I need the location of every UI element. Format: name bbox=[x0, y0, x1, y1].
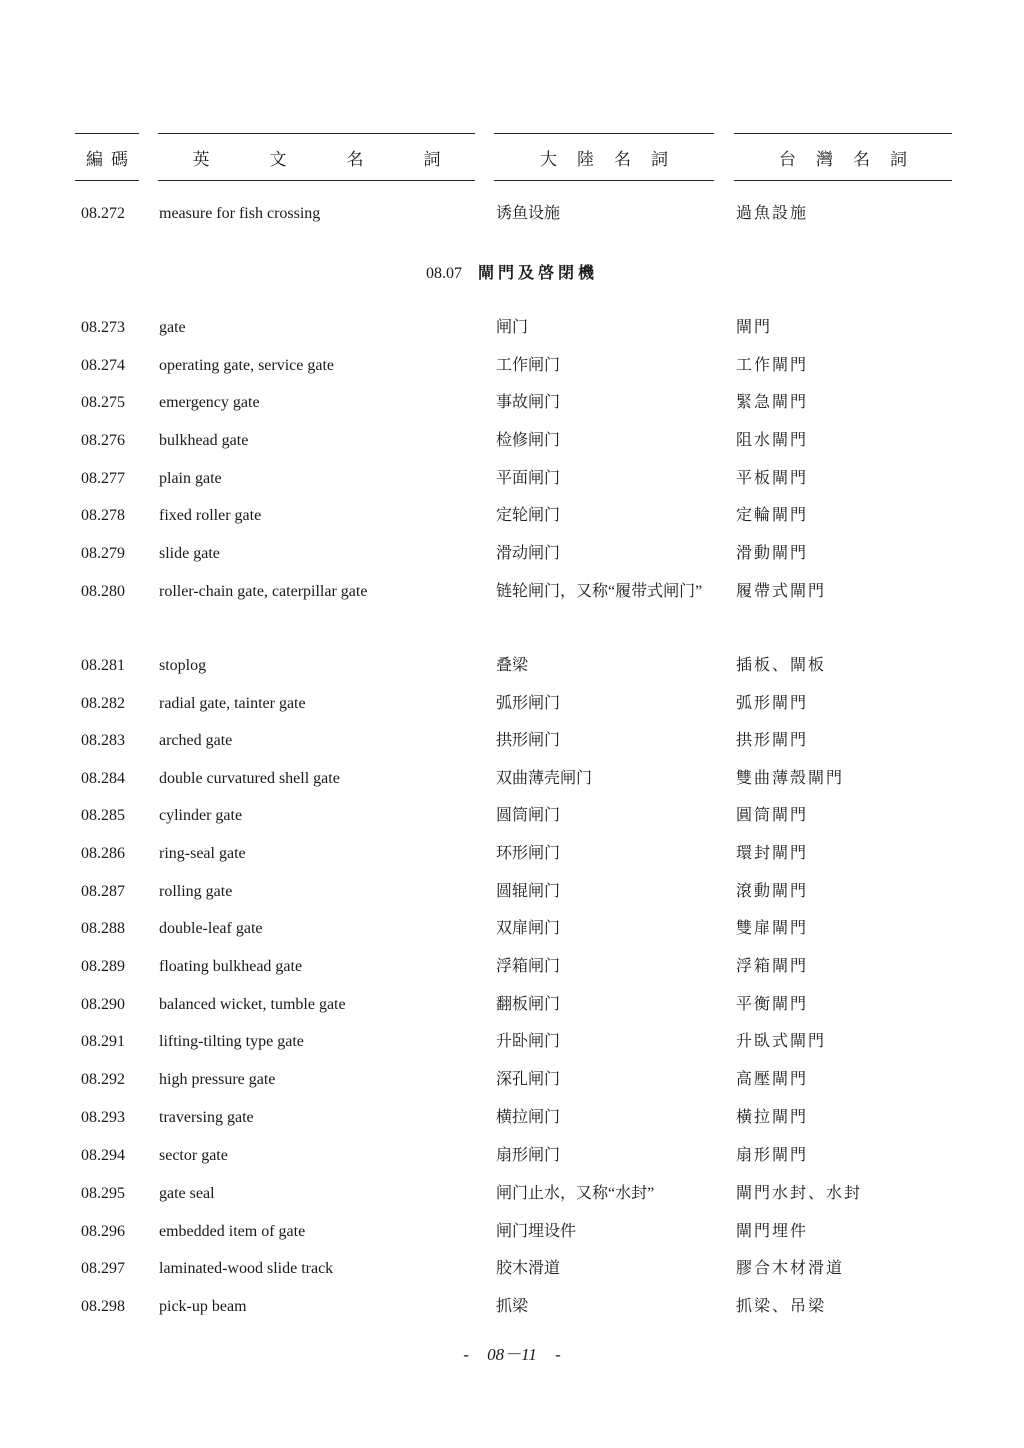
term-mainland: 扇形闸门 bbox=[496, 1141, 716, 1171]
term-code: 08.276 bbox=[81, 426, 125, 456]
glossary-page: 編 碼 英 文 名 詞 大 陸 名 詞 台 灣 名 詞 08.272 measu… bbox=[0, 0, 1024, 1448]
term-english: lifting-tilting type gate bbox=[159, 1027, 304, 1057]
term-english: radial gate, tainter gate bbox=[159, 689, 306, 719]
header-char: 詞 bbox=[890, 145, 907, 170]
term-english: embedded item of gate bbox=[159, 1217, 305, 1247]
header-char: 碼 bbox=[111, 145, 128, 170]
term-taiwan: 緊急閘門 bbox=[736, 388, 808, 418]
term-english: pick-up beam bbox=[159, 1292, 247, 1322]
table-row: 08.273gate闸门閘門 bbox=[0, 313, 1024, 343]
table-row: 08.274operating gate, service gate工作闸门工作… bbox=[0, 351, 1024, 381]
term-code: 08.284 bbox=[81, 764, 125, 794]
term-code: 08.297 bbox=[81, 1254, 125, 1284]
term-code: 08.275 bbox=[81, 388, 125, 418]
header-taiwan-term: 台 灣 名 詞 bbox=[734, 133, 952, 181]
table-row: 08.276bulkhead gate检修闸门阻水閘門 bbox=[0, 426, 1024, 456]
table-row: 08.294sector gate扇形闸门扇形閘門 bbox=[0, 1141, 1024, 1171]
term-taiwan: 平衡閘門 bbox=[736, 990, 808, 1020]
term-taiwan: 扇形閘門 bbox=[736, 1141, 808, 1171]
term-english: traversing gate bbox=[159, 1103, 254, 1133]
term-code: 08.274 bbox=[81, 351, 125, 381]
table-row: 08.289floating bulkhead gate浮箱闸门浮箱閘門 bbox=[0, 952, 1024, 982]
header-char: 編 bbox=[86, 145, 103, 170]
term-taiwan: 抓梁、吊梁 bbox=[736, 1292, 826, 1322]
term-english: rolling gate bbox=[159, 877, 232, 907]
header-char: 大 bbox=[540, 145, 557, 170]
term-code: 08.272 bbox=[81, 199, 125, 229]
term-mainland: 双扉闸门 bbox=[496, 914, 716, 944]
term-english: high pressure gate bbox=[159, 1065, 275, 1095]
term-mainland: 闸门止水，又称“水封” bbox=[496, 1179, 716, 1209]
term-taiwan: 高壓閘門 bbox=[736, 1065, 808, 1095]
footer-dash: - bbox=[555, 1345, 561, 1364]
term-code: 08.296 bbox=[81, 1217, 125, 1247]
header-char: 英 bbox=[193, 145, 210, 170]
table-row: 08.296embedded item of gate闸门埋设件閘門埋件 bbox=[0, 1217, 1024, 1247]
term-mainland: 浮箱闸门 bbox=[496, 952, 716, 982]
table-row: 08.286ring-seal gate环形闸门環封閘門 bbox=[0, 839, 1024, 869]
term-taiwan: 圓筒閘門 bbox=[736, 801, 808, 831]
term-mainland: 链轮闸门，又称“履带式闸门” bbox=[496, 577, 716, 607]
term-english: sector gate bbox=[159, 1141, 228, 1171]
header-char: 台 bbox=[779, 145, 796, 170]
table-row: 08.280roller-chain gate, caterpillar gat… bbox=[0, 577, 1024, 607]
page-footer: - 08－11 - bbox=[0, 1340, 1024, 1365]
term-code: 08.281 bbox=[81, 651, 125, 681]
header-char: 陸 bbox=[577, 145, 594, 170]
term-taiwan: 浮箱閘門 bbox=[736, 952, 808, 982]
term-taiwan: 橫拉閘門 bbox=[736, 1103, 808, 1133]
table-row: 08.277plain gate平面闸门平板閘門 bbox=[0, 464, 1024, 494]
term-mainland: 圆筒闸门 bbox=[496, 801, 716, 831]
term-taiwan: 定輪閘門 bbox=[736, 501, 808, 531]
term-english: operating gate, service gate bbox=[159, 351, 334, 381]
term-english: laminated-wood slide track bbox=[159, 1254, 333, 1284]
term-taiwan: 膠合木材滑道 bbox=[736, 1254, 844, 1284]
term-english: stoplog bbox=[159, 651, 206, 681]
term-taiwan: 雙曲薄殼閘門 bbox=[736, 764, 844, 794]
term-taiwan: 平板閘門 bbox=[736, 464, 808, 494]
term-english: balanced wicket, tumble gate bbox=[159, 990, 346, 1020]
term-taiwan: 閘門 bbox=[736, 313, 772, 343]
term-code: 08.294 bbox=[81, 1141, 125, 1171]
header-char: 灣 bbox=[816, 145, 833, 170]
term-mainland: 叠梁 bbox=[496, 651, 716, 681]
header-char: 名 bbox=[614, 145, 631, 170]
term-taiwan: 閘門水封、水封 bbox=[736, 1179, 862, 1209]
header-char: 文 bbox=[270, 145, 287, 170]
table-row: 08.285cylinder gate圆筒闸门圓筒閘門 bbox=[0, 801, 1024, 831]
term-code: 08.286 bbox=[81, 839, 125, 869]
term-english: ring-seal gate bbox=[159, 839, 246, 869]
term-mainland: 横拉闸门 bbox=[496, 1103, 716, 1133]
term-taiwan: 滑動閘門 bbox=[736, 539, 808, 569]
term-taiwan: 阻水閘門 bbox=[736, 426, 808, 456]
term-mainland: 双曲薄壳闸门 bbox=[496, 764, 716, 794]
term-mainland: 升卧闸门 bbox=[496, 1027, 716, 1057]
section-name: 閘門及啓閉機 bbox=[478, 265, 598, 282]
term-mainland: 诱鱼设施 bbox=[496, 199, 716, 229]
term-code: 08.287 bbox=[81, 877, 125, 907]
table-row: 08.281stoplog叠梁插板、閘板 bbox=[0, 651, 1024, 681]
table-row: 08.293traversing gate横拉闸门橫拉閘門 bbox=[0, 1103, 1024, 1133]
section-number: 08.07 bbox=[426, 265, 462, 282]
term-mainland: 检修闸门 bbox=[496, 426, 716, 456]
term-english: gate bbox=[159, 313, 186, 343]
term-english: roller-chain gate, caterpillar gate bbox=[159, 577, 367, 607]
table-row: 08.290balanced wicket, tumble gate翻板闸门平衡… bbox=[0, 990, 1024, 1020]
term-code: 08.282 bbox=[81, 689, 125, 719]
term-mainland: 事故闸门 bbox=[496, 388, 716, 418]
term-english: gate seal bbox=[159, 1179, 215, 1209]
term-code: 08.277 bbox=[81, 464, 125, 494]
header-english-term: 英 文 名 詞 bbox=[158, 133, 475, 181]
term-code: 08.291 bbox=[81, 1027, 125, 1057]
term-mainland: 深孔闸门 bbox=[496, 1065, 716, 1095]
term-taiwan: 滾動閘門 bbox=[736, 877, 808, 907]
term-taiwan: 過魚設施 bbox=[736, 199, 808, 229]
term-english: arched gate bbox=[159, 726, 232, 756]
table-row: 08.291lifting-tilting type gate升卧闸门升臥式閘門 bbox=[0, 1027, 1024, 1057]
term-code: 08.283 bbox=[81, 726, 125, 756]
term-english: cylinder gate bbox=[159, 801, 242, 831]
term-english: fixed roller gate bbox=[159, 501, 261, 531]
term-english: slide gate bbox=[159, 539, 220, 569]
table-row: 08.295gate seal闸门止水，又称“水封”閘門水封、水封 bbox=[0, 1179, 1024, 1209]
table-row: 08.292high pressure gate深孔闸门高壓閘門 bbox=[0, 1065, 1024, 1095]
term-mainland: 工作闸门 bbox=[496, 351, 716, 381]
term-english: double-leaf gate bbox=[159, 914, 263, 944]
term-code: 08.280 bbox=[81, 577, 125, 607]
term-code: 08.279 bbox=[81, 539, 125, 569]
term-english: floating bulkhead gate bbox=[159, 952, 302, 982]
header-mainland-term: 大 陸 名 詞 bbox=[494, 133, 714, 181]
header-char: 詞 bbox=[424, 145, 441, 170]
table-row: 08.284double curvatured shell gate双曲薄壳闸门… bbox=[0, 764, 1024, 794]
term-code: 08.273 bbox=[81, 313, 125, 343]
term-mainland: 胶木滑道 bbox=[496, 1254, 716, 1284]
term-code: 08.289 bbox=[81, 952, 125, 982]
term-taiwan: 弧形閘門 bbox=[736, 689, 808, 719]
table-row: 08.278fixed roller gate定轮闸门定輪閘門 bbox=[0, 501, 1024, 531]
table-row: 08.287rolling gate圆辊闸门滾動閘門 bbox=[0, 877, 1024, 907]
table-row: 08.275emergency gate事故闸门緊急閘門 bbox=[0, 388, 1024, 418]
term-english: plain gate bbox=[159, 464, 222, 494]
table-row: 08.282radial gate, tainter gate弧形闸门弧形閘門 bbox=[0, 689, 1024, 719]
header-char: 詞 bbox=[651, 145, 668, 170]
term-english: measure for fish crossing bbox=[159, 199, 320, 229]
term-taiwan: 升臥式閘門 bbox=[736, 1027, 826, 1057]
term-taiwan: 履帶式閘門 bbox=[736, 577, 826, 607]
term-mainland: 闸门埋设件 bbox=[496, 1217, 716, 1247]
footer-dash: - bbox=[463, 1345, 469, 1364]
term-code: 08.295 bbox=[81, 1179, 125, 1209]
term-mainland: 滑动闸门 bbox=[496, 539, 716, 569]
term-mainland: 平面闸门 bbox=[496, 464, 716, 494]
term-mainland: 闸门 bbox=[496, 313, 716, 343]
section-title: 08.07 閘門及啓閉機 bbox=[0, 261, 1024, 287]
term-code: 08.298 bbox=[81, 1292, 125, 1322]
term-english: emergency gate bbox=[159, 388, 260, 418]
term-code: 08.285 bbox=[81, 801, 125, 831]
term-code: 08.290 bbox=[81, 990, 125, 1020]
term-taiwan: 拱形閘門 bbox=[736, 726, 808, 756]
table-row: 08.298pick-up beam抓梁抓梁、吊梁 bbox=[0, 1292, 1024, 1322]
term-mainland: 拱形闸门 bbox=[496, 726, 716, 756]
term-code: 08.278 bbox=[81, 501, 125, 531]
term-taiwan: 雙扉閘門 bbox=[736, 914, 808, 944]
table-row: 08.288double-leaf gate双扉闸门雙扉閘門 bbox=[0, 914, 1024, 944]
table-row: 08.297laminated-wood slide track胶木滑道膠合木材… bbox=[0, 1254, 1024, 1284]
header-char: 名 bbox=[347, 145, 364, 170]
term-mainland: 抓梁 bbox=[496, 1292, 716, 1322]
term-code: 08.293 bbox=[81, 1103, 125, 1133]
term-taiwan: 工作閘門 bbox=[736, 351, 808, 381]
term-code: 08.288 bbox=[81, 914, 125, 944]
term-taiwan: 環封閘門 bbox=[736, 839, 808, 869]
term-mainland: 圆辊闸门 bbox=[496, 877, 716, 907]
table-row: 08.279slide gate滑动闸门滑動閘門 bbox=[0, 539, 1024, 569]
page-number: 08－11 bbox=[487, 1345, 537, 1364]
term-code: 08.292 bbox=[81, 1065, 125, 1095]
term-english: bulkhead gate bbox=[159, 426, 248, 456]
term-mainland: 定轮闸门 bbox=[496, 501, 716, 531]
term-mainland: 翻板闸门 bbox=[496, 990, 716, 1020]
term-taiwan: 閘門埋件 bbox=[736, 1217, 808, 1247]
header-char: 名 bbox=[853, 145, 870, 170]
table-row: 08.272 measure for fish crossing 诱鱼设施 過魚… bbox=[0, 199, 1024, 229]
table-row: 08.283arched gate拱形闸门拱形閘門 bbox=[0, 726, 1024, 756]
term-mainland: 弧形闸门 bbox=[496, 689, 716, 719]
term-taiwan: 插板、閘板 bbox=[736, 651, 826, 681]
term-mainland: 环形闸门 bbox=[496, 839, 716, 869]
header-code: 編 碼 bbox=[75, 133, 139, 181]
term-english: double curvatured shell gate bbox=[159, 764, 340, 794]
